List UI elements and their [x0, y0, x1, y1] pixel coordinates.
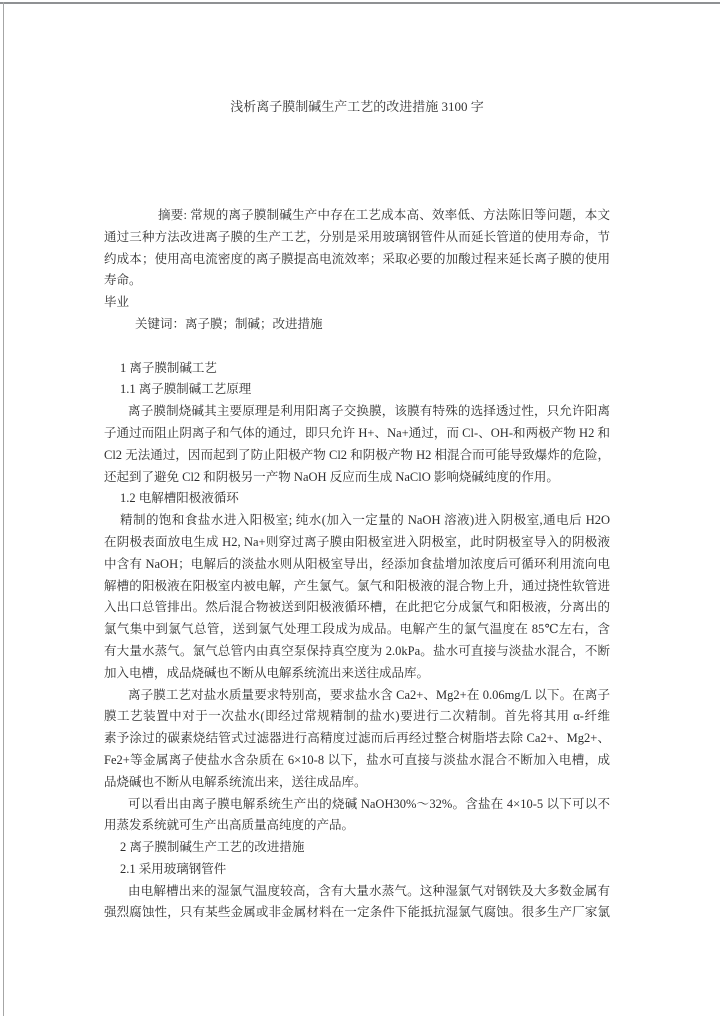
paragraph-1-2b-line: 素予涂过的碳素烧结管式过滤器进行高精度过滤而后再经过整合树脂塔去除 Ca2+、M…: [104, 728, 610, 750]
paragraph-1-1-line: 离子膜制烧碱其主要原理是利用阳离子交换膜，该膜有特殊的选择透过性，只允许阳离: [104, 401, 610, 423]
paragraph-1-2a: 精制的饱和食盐水进入阳极室; 纯水(加入一定量的 NaOH 溶液)进入阴极室,通…: [104, 510, 610, 684]
paragraph-1-2b-line: 品烧碱也不断从电解系统流出来，送往成品库。: [104, 772, 610, 794]
paragraph-1-1-line: 还起到了避免 Cl2 和阴极另一产物 NaOH 反应而生成 NaClO 影响烧碱…: [104, 467, 610, 489]
abstract-paragraph-line: 摘要: 常规的离子膜制碱生产中存在工艺成本高、效率低、方法陈旧等问题，本文: [104, 205, 610, 227]
section-heading-1-line: 1 离子膜制碱工艺: [104, 358, 610, 380]
section-heading-2-1: 2.1 采用玻璃钢管件: [104, 859, 610, 881]
section-heading-1-1: 1.1 离子膜制碱工艺原理: [104, 379, 610, 401]
paragraph-1-1-line: Cl2 无法通过，因而起到了防止阳极产物 Cl2 和阴极产物 H2 相混合而可能…: [104, 445, 610, 467]
paragraph-1-1: 离子膜制烧碱其主要原理是利用阳离子交换膜，该膜有特殊的选择透过性，只允许阳离子通…: [104, 401, 610, 488]
keywords-gap: [104, 336, 610, 358]
doc-title-line: 浅析离子膜制碱生产工艺的改进措施 3100 字: [104, 96, 610, 118]
abstract-paragraph-line: 约成本；使用高电流密度的离子膜提高电流效率；采取必要的加酸过程来延长离子膜的使用: [104, 249, 610, 271]
section-heading-2-line: 2 离子膜制碱生产工艺的改进措施: [104, 837, 610, 859]
section-heading-2-1-line: 2.1 采用玻璃钢管件: [104, 859, 610, 881]
section-heading-1-1-line: 1.1 离子膜制碱工艺原理: [104, 379, 610, 401]
paragraph-1-2b-line: Fe2+等金属离子使盐水含杂质在 6×10-8 以下，盐水可直接与淡盐水混合不断…: [104, 750, 610, 772]
abstract-paragraph-line: 寿命。: [104, 270, 610, 292]
paragraph-1-1-line: 子通过而阻止阴离子和气体的通过，即只允许 H+、Na+通过，而 Cl-、OH-和…: [104, 423, 610, 445]
doc-title: 浅析离子膜制碱生产工艺的改进措施 3100 字: [104, 96, 610, 118]
biye-line-line: 毕业: [104, 292, 610, 314]
paragraph-1-2a-line: 加入电槽，成品烧碱也不断从电解系统流出来送往成品库。: [104, 663, 610, 685]
section-heading-1: 1 离子膜制碱工艺: [104, 358, 610, 380]
paragraph-1-2a-line: 氯气集中到氯气总管，送到氯气处理工段成为成品。电解产生的氯气温度在 85℃左右，…: [104, 619, 610, 641]
biye-line: 毕业: [104, 292, 610, 314]
keywords-line-line: 关键词：离子膜；制碱；改进措施: [104, 314, 610, 336]
paragraph-1-2b-line: 膜工艺装置中对于一次盐水(即经过常规精制的盐水)要进行二次精制。首先将其用 α-…: [104, 706, 610, 728]
paragraph-2-1-line: 由电解槽出来的湿氯气温度较高，含有大量水蒸气。这种湿氯气对钢铁及大多数金属有: [104, 881, 610, 903]
paragraph-1-2a-line: 中含有 NaOH；电解后的淡盐水则从阳极室导出，经添加食盐增加浓度后可循环利用流…: [104, 554, 610, 576]
document-page: 浅析离子膜制碱生产工艺的改进措施 3100 字摘要: 常规的离子膜制碱生产中存在…: [0, 0, 720, 1018]
title-gap: [104, 118, 610, 205]
paragraph-1-2a-line: 有大量水蒸气。氯气总管内由真空泵保持真空度为 2.0kPa。盐水可直接与淡盐水混…: [104, 641, 610, 663]
paragraph-1-2a-line: 入出口总管排出。然后混合物被送到阳极液循环槽，在此把它分成氯气和阳极液，分离出的: [104, 597, 610, 619]
keywords-line: 关键词：离子膜；制碱；改进措施: [104, 314, 610, 336]
paragraph-1-2c-line: 用蒸发系统就可生产出高质量高纯度的产品。: [104, 815, 610, 837]
section-heading-2: 2 离子膜制碱生产工艺的改进措施: [104, 837, 610, 859]
abstract-paragraph-line: 通过三种方法改进离子膜的生产工艺，分别是采用玻璃钢管件从而延长管道的使用寿命，节: [104, 227, 610, 249]
paragraph-2-1: 由电解槽出来的湿氯气温度较高，含有大量水蒸气。这种湿氯气对钢铁及大多数金属有强烈…: [104, 881, 610, 925]
section-heading-1-2-line: 1.2 电解槽阳极液循环: [104, 488, 610, 510]
section-heading-1-2: 1.2 电解槽阳极液循环: [104, 488, 610, 510]
document-body: 浅析离子膜制碱生产工艺的改进措施 3100 字摘要: 常规的离子膜制碱生产中存在…: [104, 0, 610, 924]
paragraph-1-2a-line: 精制的饱和食盐水进入阳极室; 纯水(加入一定量的 NaOH 溶液)进入阴极室,通…: [104, 510, 610, 532]
page-edge-left: [3, 2, 4, 1016]
paragraph-1-2b-line: 离子膜工艺对盐水质量要求特别高，要求盐水含 Ca2+、Mg2+在 0.06mg/…: [104, 685, 610, 707]
paragraph-1-2c-line: 可以看出由离子膜电解系统生产出的烧碱 NaOH30%～32%。含盐在 4×10-…: [104, 794, 610, 816]
paragraph-2-1-line: 强烈腐蚀性，只有某些金属或非金属材料在一定条件下能抵抗湿氯气腐蚀。很多生产厂家氯: [104, 902, 610, 924]
paragraph-1-2a-line: 在阴极表面放电生成 H2, Na+则穿过离子膜由阳极室进入阴极室，此时阴极室导入…: [104, 532, 610, 554]
paragraph-1-2b: 离子膜工艺对盐水质量要求特别高，要求盐水含 Ca2+、Mg2+在 0.06mg/…: [104, 685, 610, 794]
paragraph-1-2a-line: 解槽的阳极液在阳极室内被电解，产生氯气。氯气和阳极液的混合物上升，通过挠性软管进: [104, 576, 610, 598]
abstract-paragraph: 摘要: 常规的离子膜制碱生产中存在工艺成本高、效率低、方法陈旧等问题，本文通过三…: [104, 205, 610, 292]
paragraph-1-2c: 可以看出由离子膜电解系统生产出的烧碱 NaOH30%～32%。含盐在 4×10-…: [104, 794, 610, 838]
